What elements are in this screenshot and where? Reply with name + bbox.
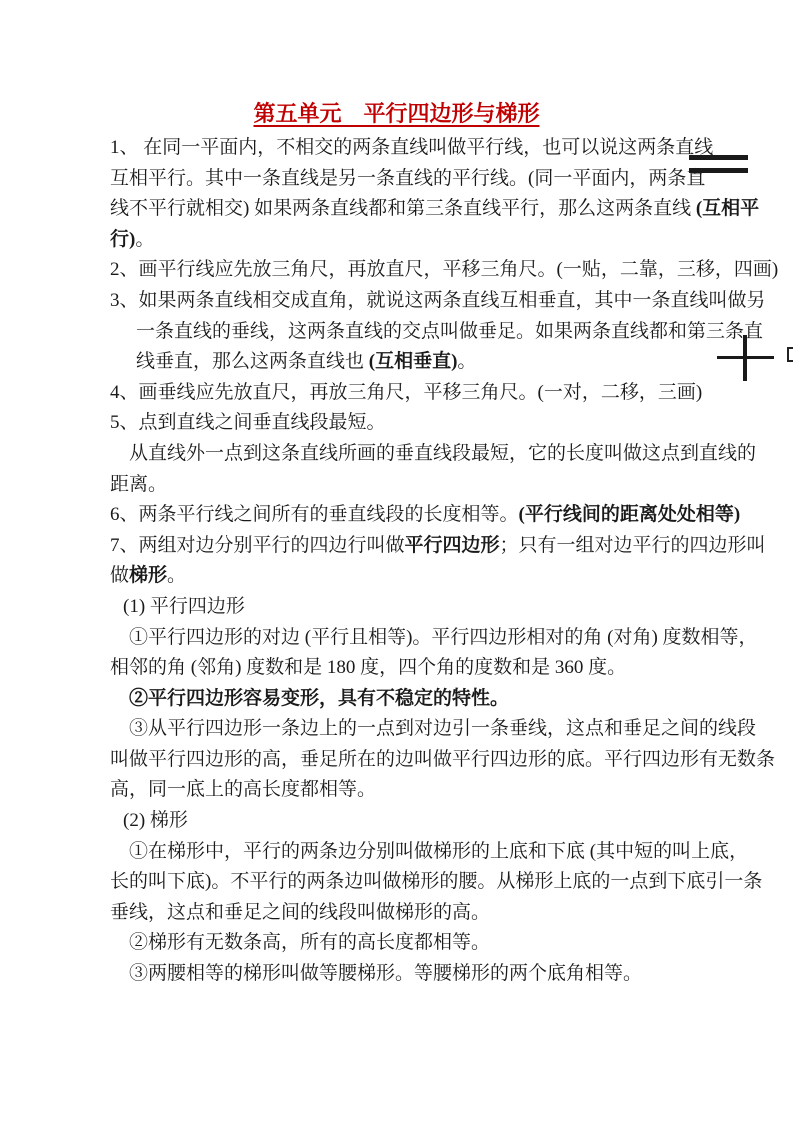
text-segment: ①在梯形中，平行的两条边分别叫做梯形的上底和下底 (其中短的叫上底， (129, 841, 748, 862)
text-segment: 。 (457, 351, 476, 372)
document-line: ③两腰相等的梯形叫做等腰梯形。等腰梯形的两个底角相等。 (110, 959, 710, 990)
cross-vertical-line (743, 335, 747, 381)
text-segment: 一条直线的垂线，这两条直线的交点叫做垂足。如果两条直线都和第三条直 (136, 321, 763, 342)
document-line: 相邻的角 (邻角) 度数和是 180 度，四个角的度数和是 360 度。 (110, 653, 710, 684)
document-line: 叫做平行四边形的高，垂足所在的边叫做平行四边形的底。平行四边形有无数条 (110, 745, 710, 776)
text-segment: ③从平行四边形一条边上的一点到对边引一条垂线，这点和垂足之间的线段 (129, 718, 756, 739)
text-segment: 线不平行就相交) 如果两条直线都和第三条直线平行，那么这两条直线 (110, 198, 696, 219)
document-line: 互相平行。其中一条直线是另一条直线的平行线。(同一平面内，两条直 (110, 164, 710, 195)
document-line: 6、两条平行线之间所有的垂直线段的长度相等。(平行线间的距离处处相等) (110, 500, 710, 531)
document-line: 一条直线的垂线，这两条直线的交点叫做垂足。如果两条直线都和第三条直 (110, 317, 710, 348)
parallel-lines-figure (689, 155, 748, 173)
document-line: 距离。 (110, 470, 710, 501)
document-line: 行)。 (110, 225, 710, 256)
text-segment: 。 (167, 565, 186, 586)
text-segment: 4、画垂线应先放直尺，再放三角尺，平移三角尺。(一对，二移，三画) (110, 382, 702, 403)
parallel-line-top (689, 155, 748, 160)
bold-text-segment: (平行线间的距离处处相等) (519, 504, 741, 525)
document-line: (2) 梯形 (110, 806, 710, 837)
text-segment: ③两腰相等的梯形叫做等腰梯形。等腰梯形的两个底角相等。 (129, 963, 642, 984)
text-segment: 垂线，这点和垂足之间的线段叫做梯形的高。 (110, 902, 490, 923)
text-segment: 2、画平行线应先放三角尺，再放直尺，平移三角尺。(一贴，二靠，三移，四画) (110, 259, 778, 280)
text-segment: 长的叫下底)。不平行的两条边叫做梯形的腰。从梯形上底的一点到下底引一条 (110, 871, 762, 892)
text-segment: 高，同一底上的高长度都相等。 (110, 779, 376, 800)
document-line: (1) 平行四边形 (110, 592, 710, 623)
document-line: 长的叫下底)。不平行的两条边叫做梯形的腰。从梯形上底的一点到下底引一条 (110, 867, 710, 898)
text-segment: 线垂直，那么这两条直线也 (136, 351, 369, 372)
document-line: 高，同一底上的高长度都相等。 (110, 775, 710, 806)
text-segment: 1、 在同一平面内，不相交的两条直线叫做平行线，也可以说这两条直线 (110, 137, 713, 158)
document-line: ③从平行四边形一条边上的一点到对边引一条垂线，这点和垂足之间的线段 (110, 714, 710, 745)
document-line: 2、画平行线应先放三角尺，再放直尺，平移三角尺。(一贴，二靠，三移，四画) (110, 255, 710, 286)
document-line: 3、如果两条直线相交成直角，就说这两条直线互相垂直，其中一条直线叫做另 (110, 286, 710, 317)
text-segment: ①平行四边形的对边 (平行且相等)。平行四边形相对的角 (对角) 度数相等， (129, 627, 758, 648)
text-segment: 叫做平行四边形的高，垂足所在的边叫做平行四边形的底。平行四边形有无数条 (110, 749, 775, 770)
document-body: 1、 在同一平面内，不相交的两条直线叫做平行线，也可以说这两条直线互相平行。其中… (110, 133, 710, 990)
page-title: 第五单元 平行四边形与梯形 (0, 97, 793, 128)
document-line: 7、两组对边分别平行的四边行叫做平行四边形；只有一组对边平行的四边形叫 (110, 531, 710, 562)
perpendicular-lines-figure (717, 335, 774, 381)
bold-text-segment: 行) (110, 229, 135, 250)
document-line: 4、画垂线应先放直尺，再放三角尺，平移三角尺。(一对，二移，三画) (110, 378, 710, 409)
document-line: 1、 在同一平面内，不相交的两条直线叫做平行线，也可以说这两条直线 (110, 133, 710, 164)
bracket-mark (787, 347, 793, 362)
document-line: ①在梯形中，平行的两条边分别叫做梯形的上底和下底 (其中短的叫上底， (110, 837, 710, 868)
bold-text-segment: ②平行四边形容易变形，具有不稳定的特性。 (129, 688, 509, 709)
bold-text-segment: (互相平 (696, 198, 759, 219)
document-line: 垂线，这点和垂足之间的线段叫做梯形的高。 (110, 898, 710, 929)
document-line: 做梯形。 (110, 561, 710, 592)
document-line: ②梯形有无数条高，所有的高长度都相等。 (110, 928, 710, 959)
document-line: ②平行四边形容易变形，具有不稳定的特性。 (110, 684, 710, 715)
text-segment: (1) 平行四边形 (123, 596, 245, 617)
text-segment: 6、两条平行线之间所有的垂直线段的长度相等。 (110, 504, 519, 525)
page-title-text: 第五单元 平行四边形与梯形 (253, 101, 539, 126)
text-segment: 5、点到直线之间垂直线段最短。 (110, 412, 386, 433)
document-line: 线不平行就相交) 如果两条直线都和第三条直线平行，那么这两条直线 (互相平 (110, 194, 710, 225)
bold-text-segment: 梯形 (129, 565, 167, 586)
text-segment: 做 (110, 565, 129, 586)
text-segment: 7、两组对边分别平行的四边行叫做 (110, 535, 405, 556)
text-segment: 3、如果两条直线相交成直角，就说这两条直线互相垂直，其中一条直线叫做另 (110, 290, 766, 311)
text-segment: (2) 梯形 (123, 810, 188, 831)
bold-text-segment: (互相垂直) (369, 351, 458, 372)
text-segment: ②梯形有无数条高，所有的高长度都相等。 (129, 932, 490, 953)
text-segment: 相邻的角 (邻角) 度数和是 180 度，四个角的度数和是 360 度。 (110, 657, 626, 678)
text-segment: 互相平行。其中一条直线是另一条直线的平行线。(同一平面内，两条直 (110, 168, 705, 189)
document-line: 从直线外一点到这条直线所画的垂直线段最短，它的长度叫做这点到直线的 (110, 439, 710, 470)
text-segment: 距离。 (110, 474, 167, 495)
document-line: 5、点到直线之间垂直线段最短。 (110, 408, 710, 439)
bold-text-segment: 平行四边形 (405, 535, 500, 556)
document-page: 第五单元 平行四边形与梯形 1、 在同一平面内，不相交的两条直线叫做平行线，也可… (0, 0, 793, 1122)
document-line: ①平行四边形的对边 (平行且相等)。平行四边形相对的角 (对角) 度数相等， (110, 623, 710, 654)
document-line: 线垂直，那么这两条直线也 (互相垂直)。 (110, 347, 710, 378)
text-segment: 从直线外一点到这条直线所画的垂直线段最短，它的长度叫做这点到直线的 (129, 443, 756, 464)
parallel-line-bottom (689, 168, 748, 173)
text-segment: 。 (135, 229, 154, 250)
text-segment: ；只有一组对边平行的四边形叫 (500, 535, 766, 556)
